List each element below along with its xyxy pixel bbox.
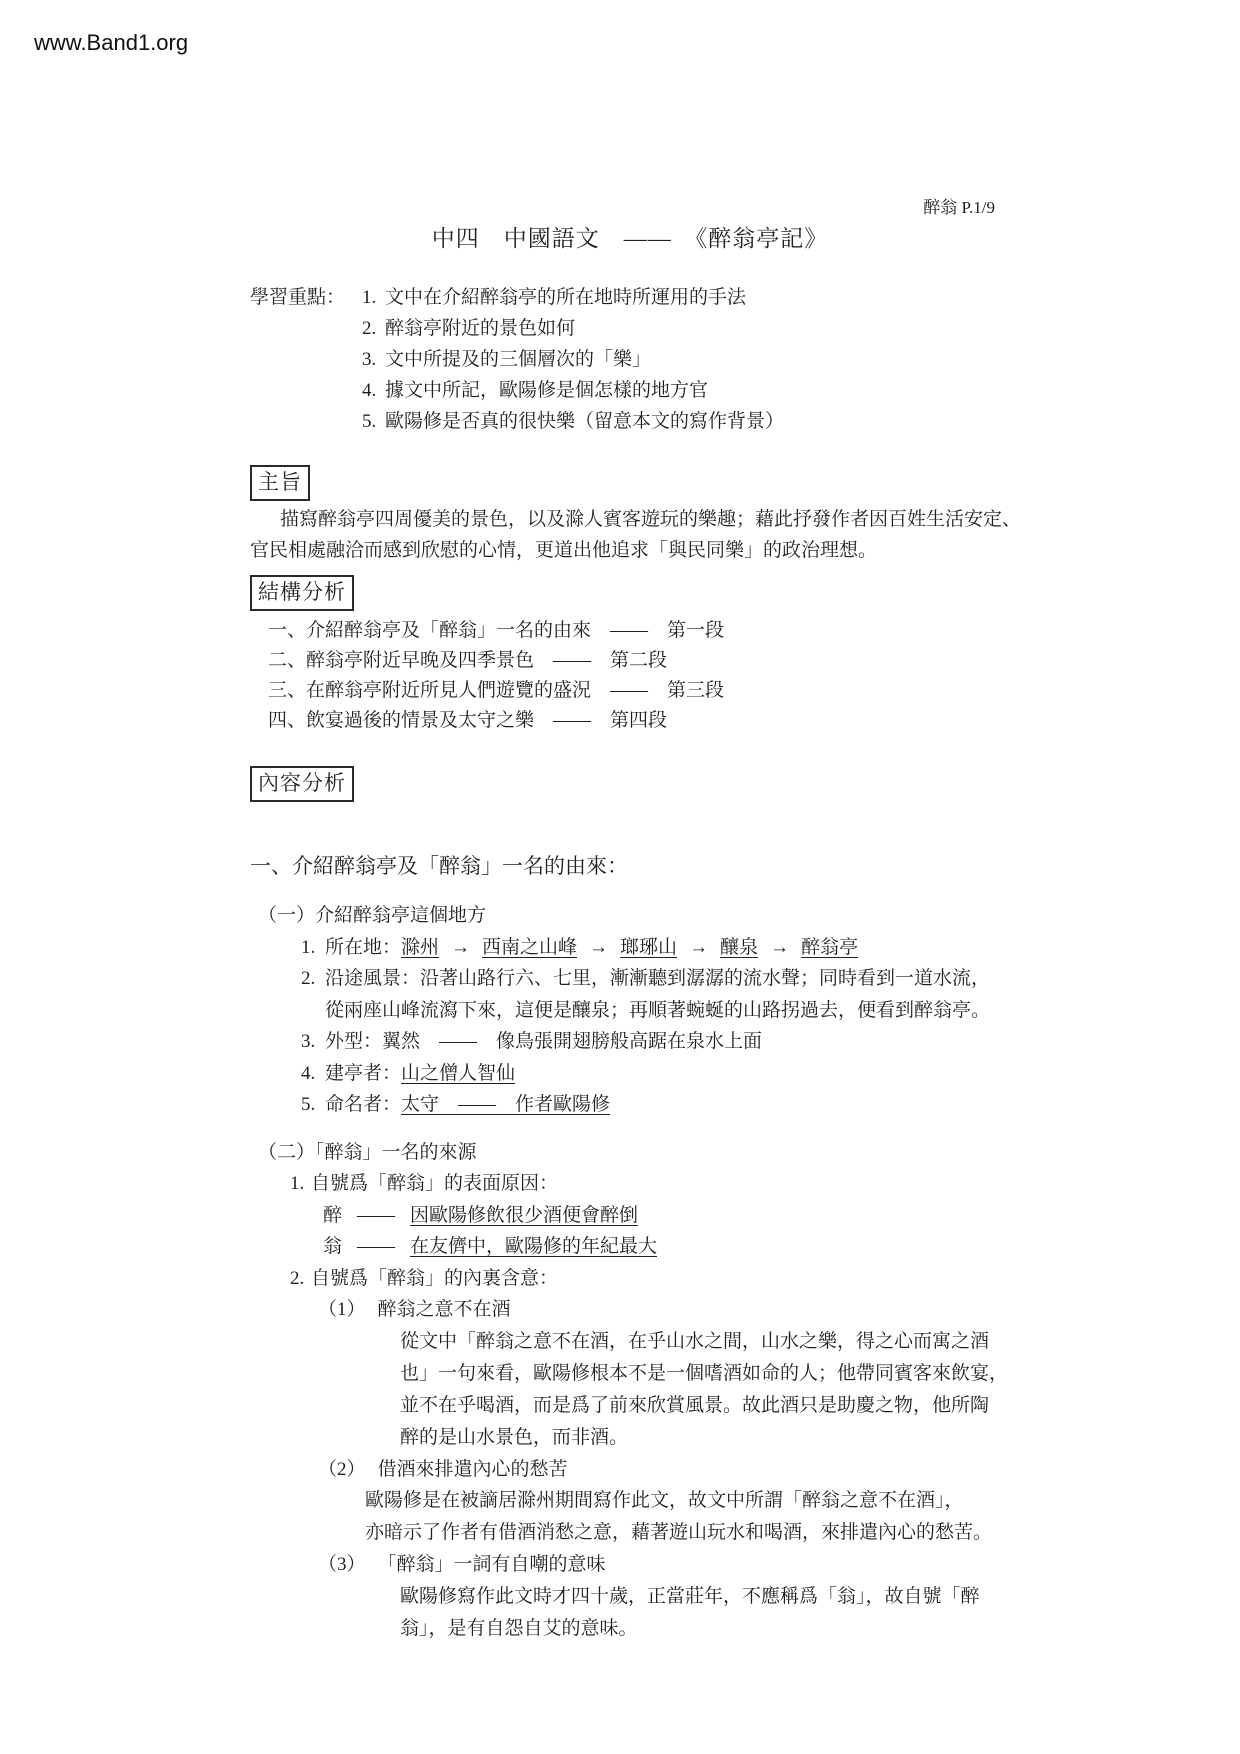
- arrow-right-icon: →: [770, 937, 789, 958]
- scenery-line: 沿途風景：沿著山路行六、七里，漸漸聽到潺潺的流水聲；同時看到一道水流，: [325, 963, 1010, 995]
- point-body-line: 翁」，是有自怨自艾的意味。: [400, 1613, 1010, 1645]
- location-stop: 釀泉: [720, 937, 758, 958]
- dash: ——: [357, 1200, 395, 1232]
- point-body-line: 並不在乎喝酒，而是爲了前來欣賞風景。故此酒只是助慶之物，他所陶: [400, 1390, 1010, 1422]
- item-number: 3.: [362, 344, 385, 375]
- builder-prefix: 建亭者：: [325, 1063, 401, 1084]
- point-body-line: 歐陽修寫作此文時才四十歲，正當莊年，不應稱爲「翁」，故自號「醉: [400, 1581, 1010, 1613]
- point-body: 歐陽修寫作此文時才四十歲，正當莊年，不應稱爲「翁」，故自號「醉 翁」，是有自怨自…: [250, 1581, 1010, 1645]
- item-number: 1.: [290, 1168, 311, 1200]
- location-stop: 西南之山峰: [482, 937, 577, 958]
- point-number: （2）: [318, 1454, 366, 1486]
- theme-paragraph-line: 描寫醉翁亭四周優美的景色，以及滁人賓客遊玩的樂趣；藉此抒發作者因百姓生活安定、: [250, 504, 1010, 535]
- learning-points-list: 1. 文中在介紹醉翁亭的所在地時所運用的手法 2. 醉翁亭附近的景色如何 3. …: [362, 282, 1010, 437]
- point-head: （2） 借酒來排遣內心的愁苦: [250, 1454, 1010, 1486]
- namer-item: 5. 命名者：太守 —— 作者歐陽修: [250, 1089, 1010, 1121]
- theme-heading: 主旨: [250, 465, 310, 501]
- location-stop: 醉翁亭: [801, 937, 858, 958]
- point-title: 借酒來排遣內心的愁苦: [378, 1454, 568, 1486]
- learning-point-item: 4. 據文中所記，歐陽修是個怎樣的地方官: [362, 375, 1010, 406]
- theme-paragraph-line: 官民相處融洽而感到欣慰的心情，更道出他追求「與民同樂」的政治理想。: [250, 535, 1010, 566]
- inner-point: （1） 醉翁之意不在酒 從文中「醉翁之意不在酒，在乎山水之間，山水之樂，得之心而…: [250, 1294, 1010, 1454]
- structure-item: 四、飲宴過後的情景及太守之樂 —— 第四段: [268, 706, 1010, 736]
- builder-name: 山之僧人智仙: [401, 1063, 515, 1084]
- point-head: （1） 醉翁之意不在酒: [250, 1294, 1010, 1326]
- arrow-right-icon: →: [689, 937, 708, 958]
- structure-item: 三、在醉翁亭附近所見人們遊覽的盛況 —— 第三段: [268, 676, 1010, 706]
- section-title: 一、介紹醉翁亭及「醉翁」一名的由來：: [250, 850, 1010, 882]
- learning-point-text: 歐陽修是否真的很快樂（留意本文的寫作背景）: [385, 406, 784, 437]
- shape-item: 3. 外型：翼然 —— 像鳥張開翅膀般高踞在泉水上面: [250, 1026, 1010, 1058]
- point-number: （3）: [318, 1549, 366, 1581]
- location-prefix: 所在地：: [325, 937, 401, 958]
- item-number: 4.: [362, 375, 385, 406]
- learning-point-text: 文中所提及的三個層次的「樂」: [385, 344, 651, 375]
- learning-points: 學習重點： 1. 文中在介紹醉翁亭的所在地時所運用的手法 2. 醉翁亭附近的景色…: [250, 282, 1010, 437]
- learning-point-item: 3. 文中所提及的三個層次的「樂」: [362, 344, 1010, 375]
- item-number: 2.: [301, 963, 325, 1026]
- page-ref: 醉翁 P.1/9: [250, 198, 1010, 218]
- watermark: www.Band1.org: [34, 30, 188, 56]
- location-item: 1. 所在地：滁州→西南之山峰→瑯琊山→釀泉→醉翁亭: [250, 932, 1010, 964]
- document-page: www.Band1.org 醉翁 P.1/9 中四 中國語文 —— 《醉翁亭記》…: [0, 0, 1240, 1754]
- item-number: 1.: [362, 282, 385, 313]
- learning-point-item: 1. 文中在介紹醉翁亭的所在地時所運用的手法: [362, 282, 1010, 313]
- point-body: 從文中「醉翁之意不在酒，在乎山水之間，山水之樂，得之心而寓之酒 也」一句來看，歐…: [250, 1326, 1010, 1454]
- point-body-line: 從文中「醉翁之意不在酒，在乎山水之間，山水之樂，得之心而寓之酒: [400, 1326, 1010, 1358]
- item-number: 1.: [301, 932, 325, 964]
- shape-text: 外型：翼然 —— 像鳥張開翅膀般高踞在泉水上面: [325, 1026, 1010, 1058]
- namer-text: 命名者：太守 —— 作者歐陽修: [325, 1089, 1010, 1121]
- surface-reason-item: 醉 —— 因歐陽修飲很少酒便會醉倒: [250, 1200, 1010, 1232]
- learning-point-text: 醉翁亭附近的景色如何: [385, 313, 575, 344]
- structure-item: 二、醉翁亭附近早晚及四季景色 —— 第二段: [268, 646, 1010, 676]
- document-content: 醉翁 P.1/9 中四 中國語文 —— 《醉翁亭記》 學習重點： 1. 文中在介…: [250, 0, 1010, 1645]
- point-body-line: 亦暗示了作者有借酒消愁之意，藉著遊山玩水和喝酒，來排遣內心的愁苦。: [365, 1517, 1010, 1549]
- namer-name: 太守 —— 作者歐陽修: [401, 1094, 610, 1115]
- scenery-line: 從兩座山峰流瀉下來，這便是釀泉；再順著蜿蜒的山路拐過去，便看到醉翁亭。: [325, 995, 1010, 1027]
- surface-reason-item: 翁 —— 在友儕中，歐陽修的年紀最大: [250, 1231, 1010, 1263]
- arrow-right-icon: →: [589, 937, 608, 958]
- builder-text: 建亭者：山之僧人智仙: [325, 1058, 1010, 1090]
- learning-points-label: 學習重點：: [250, 282, 362, 437]
- theme-paragraph: 描寫醉翁亭四周優美的景色，以及滁人賓客遊玩的樂趣；藉此抒發作者因百姓生活安定、 …: [250, 504, 1010, 566]
- location-stop: 瑯琊山: [620, 937, 677, 958]
- location-stop: 滁州: [401, 937, 439, 958]
- point-title: 醉翁之意不在酒: [378, 1294, 511, 1326]
- content-heading: 內容分析: [250, 766, 354, 802]
- point-body-line: 醉的是山水景色，而非酒。: [400, 1422, 1010, 1454]
- item-number: 4.: [301, 1058, 325, 1090]
- surface-reason-heading: 1. 自號爲「醉翁」的表面原因：: [250, 1168, 1010, 1200]
- part1-label: （一）介紹醉翁亭這個地方: [250, 900, 1010, 932]
- point-body-line: 也」一句來看，歐陽修根本不是一個嗜酒如命的人；他帶同賓客來飲宴，: [400, 1358, 1010, 1390]
- item-number: 2.: [290, 1263, 311, 1295]
- structure-list: 一、介紹醉翁亭及「醉翁」一名的由來 —— 第一段 二、醉翁亭附近早晚及四季景色 …: [250, 616, 1010, 736]
- point-body: 歐陽修是在被謫居滁州期間寫作此文，故文中所謂「醉翁之意不在酒」， 亦暗示了作者有…: [250, 1485, 1010, 1549]
- reason-desc: 在友儕中，歐陽修的年紀最大: [410, 1231, 657, 1263]
- learning-point-text: 據文中所記，歐陽修是個怎樣的地方官: [385, 375, 708, 406]
- structure-item: 一、介紹醉翁亭及「醉翁」一名的由來 —— 第一段: [268, 616, 1010, 646]
- inner-point: （3） 「醉翁」一詞有自嘲的意味 歐陽修寫作此文時才四十歲，正當莊年，不應稱爲「…: [250, 1549, 1010, 1645]
- arrow-right-icon: →: [451, 937, 470, 958]
- point-head: （3） 「醉翁」一詞有自嘲的意味: [250, 1549, 1010, 1581]
- inner-meaning-heading: 2. 自號爲「醉翁」的內裏含意：: [250, 1263, 1010, 1295]
- builder-item: 4. 建亭者：山之僧人智仙: [250, 1058, 1010, 1090]
- reason-term: 翁: [323, 1231, 342, 1263]
- reason-desc: 因歐陽修飲很少酒便會醉倒: [410, 1200, 638, 1232]
- page-title: 中四 中國語文 —— 《醉翁亭記》: [250, 222, 1010, 256]
- scenery-text: 沿途風景：沿著山路行六、七里，漸漸聽到潺潺的流水聲；同時看到一道水流， 從兩座山…: [325, 963, 1010, 1026]
- dash: ——: [357, 1231, 395, 1263]
- point-number: （1）: [318, 1294, 366, 1326]
- inner-point: （2） 借酒來排遣內心的愁苦 歐陽修是在被謫居滁州期間寫作此文，故文中所謂「醉翁…: [250, 1454, 1010, 1550]
- learning-point-text: 文中在介紹醉翁亭的所在地時所運用的手法: [385, 282, 746, 313]
- structure-heading: 結構分析: [250, 575, 354, 611]
- point-title: 「醉翁」一詞有自嘲的意味: [378, 1549, 606, 1581]
- item-number: 2.: [362, 313, 385, 344]
- item-number: 3.: [301, 1026, 325, 1058]
- point-body-line: 歐陽修是在被謫居滁州期間寫作此文，故文中所謂「醉翁之意不在酒」，: [365, 1485, 1010, 1517]
- surface-reason-title: 自號爲「醉翁」的表面原因：: [311, 1168, 558, 1200]
- namer-prefix: 命名者：: [325, 1094, 401, 1115]
- item-number: 5.: [362, 406, 385, 437]
- scenery-item: 2. 沿途風景：沿著山路行六、七里，漸漸聽到潺潺的流水聲；同時看到一道水流， 從…: [250, 963, 1010, 1026]
- learning-point-item: 2. 醉翁亭附近的景色如何: [362, 313, 1010, 344]
- item-number: 5.: [301, 1089, 325, 1121]
- location-text: 所在地：滁州→西南之山峰→瑯琊山→釀泉→醉翁亭: [325, 932, 1010, 964]
- inner-meaning-title: 自號爲「醉翁」的內裏含意：: [311, 1263, 558, 1295]
- learning-point-item: 5. 歐陽修是否真的很快樂（留意本文的寫作背景）: [362, 406, 1010, 437]
- reason-term: 醉: [323, 1200, 342, 1232]
- part2-label: （二）「醉翁」一名的來源: [250, 1137, 1010, 1169]
